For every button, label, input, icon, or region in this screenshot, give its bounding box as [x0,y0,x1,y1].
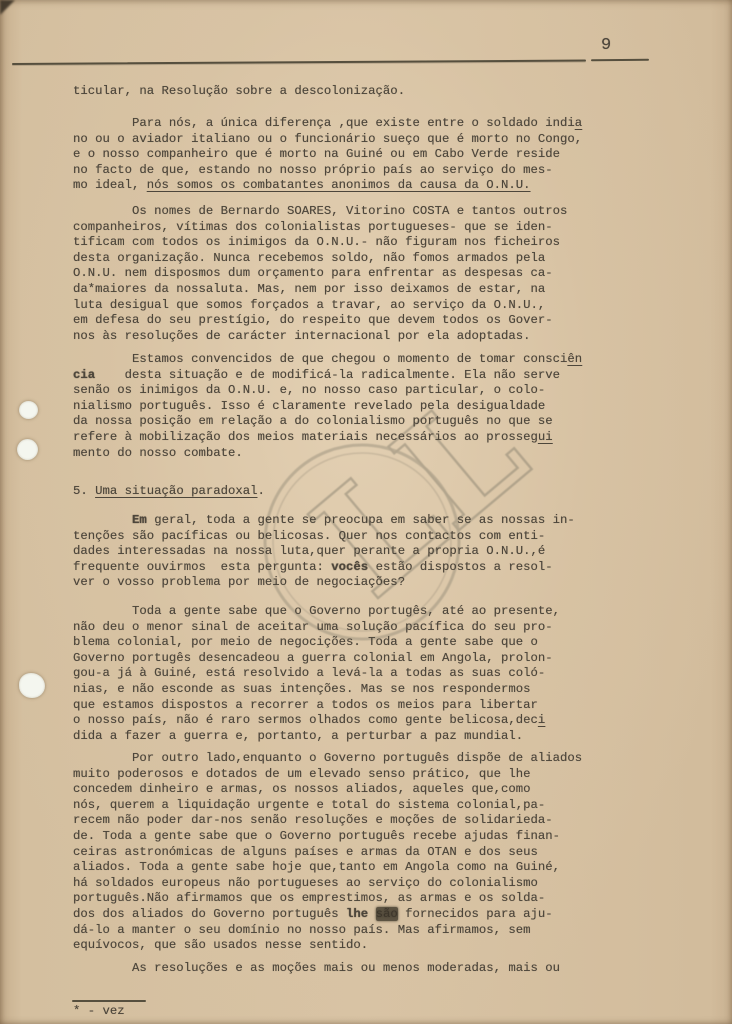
text-line: frequente ouvirmos esta pergunta: vocês … [73,560,685,576]
paragraph-as-resolucoes: As resoluções e as moções mais ou menos … [73,961,685,977]
text-line: o nosso país, não é raro sermos olhados … [73,713,685,729]
paragraph-para-nos: Para nós, a única diferença ,que existe … [73,116,685,194]
text-line: Os nomes de Bernardo SOARES, Vitorino CO… [73,204,685,220]
page-number: 9 [601,36,612,55]
text-line: Em geral, toda a gente se preocupa em sa… [73,513,685,529]
text-line: no facto de que, estando no nosso própri… [73,163,685,179]
paragraph-toda-a-gente: Toda a gente sabe que o Governo portugês… [73,604,685,744]
text-line: O.N.U. nem disposmos dum orçamento para … [73,266,685,282]
text-line: mento do nosso combate. [73,446,685,462]
text-line: Para nós, a única diferença ,que existe … [73,116,685,132]
text-line: tificam com todos os inimigos da O.N.U.-… [73,235,685,251]
text-line: companheiros, vítimas dos colonialistas … [73,220,685,236]
text-line: dá-lo a manter o seu domínio no nosso pa… [73,923,685,939]
text-line: gou-a já à Guiné, está resolvido a levá-… [73,666,685,682]
header-rule [12,59,586,65]
text-line: português.Não afirmamos que os emprestim… [73,891,685,907]
text-line: aliados. Toda a gente sabe hoje que,tant… [73,860,685,876]
section-heading-5: 5. Uma situação paradoxal. [73,484,685,500]
text-line: nialismo português. Isso é claramente re… [73,399,685,415]
paragraph-os-nomes: Os nomes de Bernardo SOARES, Vitorino CO… [73,204,685,344]
text-line: luta desigual que somos forçados a trava… [73,298,685,314]
text-line: senão os inimigos da O.N.U. e, no nosso … [73,383,685,399]
text-line: que estamos dispostos a recorrer a todos… [73,698,685,714]
punch-hole [17,439,38,460]
text-line: blema colonial, por meio de negocições. … [73,635,685,651]
text-line: recem não poder dar-nos senão resoluções… [73,813,685,829]
text-line: no ou o aviador italiano ou o funcionári… [73,132,685,148]
text-line: concedem dinheiro e armas, os nossos ali… [73,782,685,798]
text-line: Por outro lado,enquanto o Governo portug… [73,751,685,767]
text-line: * - vez [73,1004,685,1020]
text-line: e o nosso companheiro que é morto na Gui… [73,147,685,163]
text-line: mo ideal, nós somos os combatantes anoni… [73,178,685,194]
text-line: nos às resoluções de carácter internacio… [73,329,685,345]
text-line: tenções são pacíficas ou belicosas. Quer… [73,529,685,545]
text-line: dos dos aliados do Governo português lhe… [73,907,685,923]
text-line: da*maiores da nossaluta. Mas, nem por is… [73,282,685,298]
text-line: As resoluções e as moções mais ou menos … [73,961,685,977]
text-line: dades interessadas na nossa luta,quer pe… [73,544,685,560]
text-line: Estamos convencidos de que chegou o mome… [73,352,685,368]
paragraph-por-outro-lado: Por outro lado,enquanto o Governo portug… [73,751,685,954]
text-line: cia desta situação e de modificá-la radi… [73,368,685,384]
text-line: equívocos, que são usados nesse sentido. [73,938,685,954]
text-line: de. Toda a gente sabe que o Governo port… [73,829,685,845]
text-line: há soldados europeus não portugueses ao … [73,876,685,892]
text-line: muito poderosos e dotados de um elevado … [73,767,685,783]
text-line: refere à mobilização dos meios materiais… [73,430,685,446]
footnote: * - vez [73,1004,685,1020]
text-line: não deu o menor sinal de aceitar uma sol… [73,620,685,636]
text-line: ceiras astronómicas de alguns países e a… [73,845,685,861]
paragraph-em-geral: Em geral, toda a gente se preocupa em sa… [73,513,685,591]
text-line: dida a fazer a guerra e, portanto, a per… [73,729,685,745]
text-line: desta organização. Nunca recebemos soldo… [73,251,685,267]
text-line: nias, e não esconde as suas intenções. M… [73,682,685,698]
punch-hole [19,401,38,419]
text-line: em defesa do seu prestígio, do respeito … [73,313,685,329]
text-line: ver o vosso problema por meio de negocia… [73,575,685,591]
scan-corner-shadow [0,0,15,15]
page-number-underline [591,59,649,62]
text-line: Governo portugês desencadeou a guerra co… [73,651,685,667]
text-line: da nossa posição em relação a do colonia… [73,414,685,430]
text-line: Toda a gente sabe que o Governo portugês… [73,604,685,620]
paragraph-estamos-convencidos: Estamos convencidos de que chegou o mome… [73,352,685,461]
punch-hole [19,673,45,698]
text-line: ticular, na Resolução sobre a descoloniz… [73,84,685,100]
paragraph-continuation: ticular, na Resolução sobre a descoloniz… [73,84,685,100]
text-line: 5. Uma situação paradoxal. [73,484,685,500]
text-line: nós, querem a liquidação urgente e total… [73,798,685,814]
scanned-document-page: 9 LL ticular, na Resolução sobre a desco… [0,0,732,1024]
footnote-rule [72,1000,146,1002]
